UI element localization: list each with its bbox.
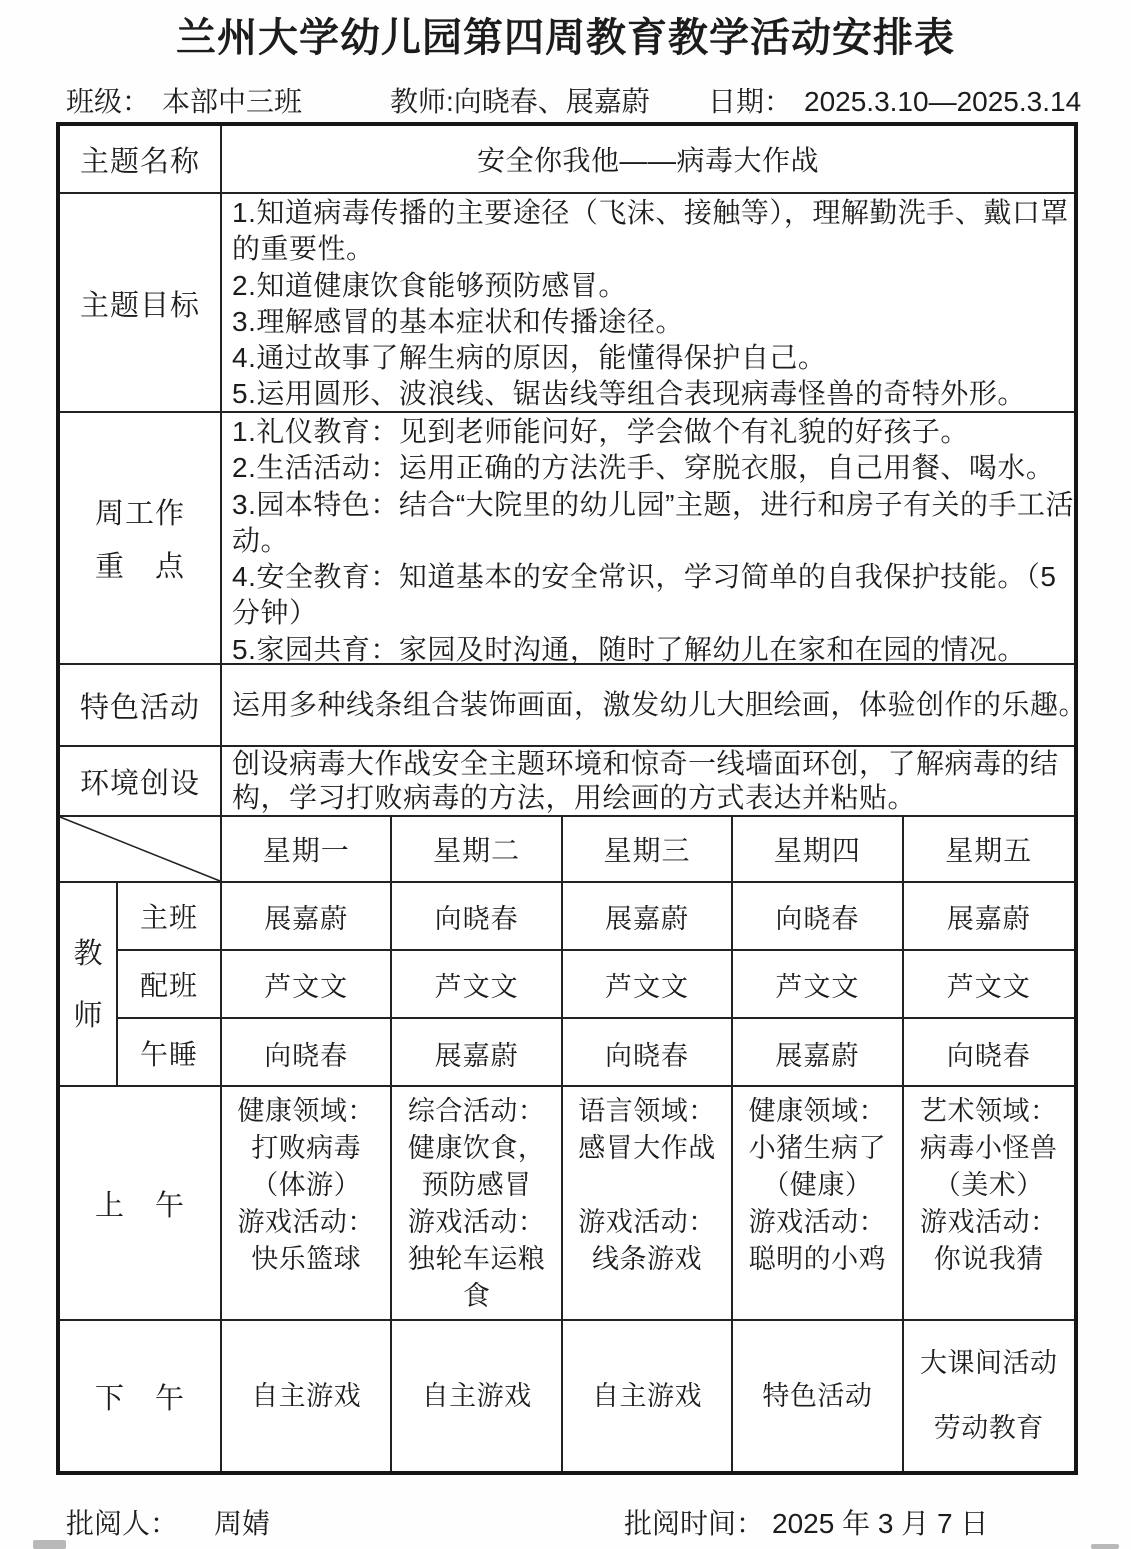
theme-name-label: 主题名称: [60, 126, 222, 192]
nap-teacher-wed: 向晓春: [563, 1019, 733, 1087]
theme-name-row: 主题名称 安全你我他——病毒大作战: [60, 126, 1074, 194]
teacher-field: 教师:向晓春、展嘉蔚: [390, 80, 650, 120]
nap-teacher-tue: 展嘉蔚: [392, 1019, 562, 1087]
afternoon-activity-thu: 特色活动: [733, 1321, 903, 1471]
morning-activity-mon: 健康领域：打败病毒（体游）游戏活动：快乐篮球: [222, 1087, 392, 1319]
lead-teacher-wed: 展嘉蔚: [563, 883, 733, 951]
theme-goals-row: 主题目标 1.知道病毒传播的主要途径（飞沫、接触等），理解勤洗手、戴口罩的重要性…: [60, 194, 1074, 413]
environment-row: 环境创设 创设病毒大作战安全主题环境和惊奇一线墙面环创，了解病毒的结构，学习打败…: [60, 747, 1074, 817]
environment-label: 环境创设: [60, 747, 222, 815]
class-value: 本部中三班: [162, 86, 302, 117]
morning-label: 上 午: [60, 1087, 222, 1319]
afternoon-row: 下 午 自主游戏 自主游戏 自主游戏 特色活动 大课间活动劳动教育: [60, 1321, 1074, 1471]
morning-activity-thu: 健康领域：小猪生病了（健康）游戏活动：聪明的小鸡: [733, 1087, 903, 1319]
class-field: 班级：本部中三班: [66, 80, 302, 120]
nap-teacher-mon: 向晓春: [222, 1019, 392, 1087]
morning-row: 上 午 健康领域：打败病毒（体游）游戏活动：快乐篮球 综合活动：健康饮食，预防感…: [60, 1087, 1074, 1321]
week-focus-text: 1.礼仪教育：见到老师能问好，学会做个有礼貌的好孩子。2.生活活动：运用正确的方…: [222, 413, 1074, 668]
day-header-monday: 星期一: [222, 817, 392, 881]
lead-teacher-label: 主班: [118, 883, 222, 951]
reviewer-label: 批阅人：: [66, 1508, 178, 1539]
document-page: 兰州大学幼儿园第四周教育教学活动安排表 班级：本部中三班 教师:向晓春、展嘉蔚 …: [0, 0, 1131, 1549]
nap-teacher-label: 午睡: [118, 1019, 222, 1087]
date-label: 日期：: [708, 86, 792, 117]
assistant-teacher-fri: 芦文文: [904, 951, 1074, 1019]
afternoon-activity-wed: 自主游戏: [563, 1321, 733, 1471]
teacher-value: 向晓春、展嘉蔚: [454, 86, 650, 117]
teachers-block: 教师 主班 展嘉蔚 向晓春 展嘉蔚 向晓春 展嘉蔚 配班 芦文文 芦文文 芦文文…: [60, 883, 1074, 1087]
scan-artifact-bottom-left: [33, 1540, 66, 1549]
date-value: 2025.3.10—2025.3.14: [804, 86, 1081, 117]
assistant-teacher-thu: 芦文文: [733, 951, 903, 1019]
afternoon-label: 下 午: [60, 1321, 222, 1471]
theme-goals-text: 1.知道病毒传播的主要途径（飞沫、接触等），理解勤洗手、戴口罩的重要性。2.知道…: [222, 194, 1074, 413]
schedule-table: 主题名称 安全你我他——病毒大作战 主题目标 1.知道病毒传播的主要途径（飞沫、…: [56, 122, 1078, 1475]
theme-goals-label: 主题目标: [60, 194, 222, 413]
theme-name-value: 安全你我他——病毒大作战: [222, 126, 1074, 192]
review-time-field: 批阅时间：2025 年 3 月 7 日: [624, 1502, 988, 1542]
day-header-friday: 星期五: [904, 817, 1074, 881]
teachers-group-label: 教师: [60, 883, 118, 1087]
afternoon-activity-fri: 大课间活动劳动教育: [904, 1321, 1074, 1471]
special-activity-row: 特色活动 运用多种线条组合装饰画面，激发幼儿大胆绘画，体验创作的乐趣。: [60, 665, 1074, 747]
review-time-label: 批阅时间：: [624, 1508, 764, 1539]
lead-teacher-thu: 向晓春: [733, 883, 903, 951]
lead-teacher-tue: 向晓春: [392, 883, 562, 951]
special-activity-text: 运用多种线条组合装饰画面，激发幼儿大胆绘画，体验创作的乐趣。: [222, 665, 1074, 745]
assistant-teacher-label: 配班: [118, 951, 222, 1019]
week-focus-row: 周工作重 点 1.礼仪教育：见到老师能问好，学会做个有礼貌的好孩子。2.生活活动…: [60, 413, 1074, 665]
morning-activity-fri: 艺术领域：病毒小怪兽（美术）游戏活动：你说我猜: [904, 1087, 1074, 1319]
review-time-value: 2025 年 3 月 7 日: [772, 1508, 988, 1539]
environment-text: 创设病毒大作战安全主题环境和惊奇一线墙面环创，了解病毒的结构，学习打败病毒的方法…: [222, 747, 1074, 815]
special-activity-label: 特色活动: [60, 665, 222, 745]
day-header-tuesday: 星期二: [392, 817, 562, 881]
day-header-wednesday: 星期三: [563, 817, 733, 881]
nap-teacher-thu: 展嘉蔚: [733, 1019, 903, 1087]
week-focus-label: 周工作重 点: [60, 413, 222, 668]
class-label: 班级：: [66, 86, 150, 117]
weekday-header-row: 星期一 星期二 星期三 星期四 星期五: [60, 817, 1074, 883]
diagonal-line: [60, 817, 220, 881]
morning-activity-wed: 语言领域：感冒大作战游戏活动：线条游戏: [563, 1087, 733, 1319]
lead-teacher-mon: 展嘉蔚: [222, 883, 392, 951]
assistant-teacher-tue: 芦文文: [392, 951, 562, 1019]
lead-teacher-fri: 展嘉蔚: [904, 883, 1074, 951]
assistant-teacher-mon: 芦文文: [222, 951, 392, 1019]
day-header-thursday: 星期四: [733, 817, 903, 881]
page-title: 兰州大学幼儿园第四周教育教学活动安排表: [0, 6, 1131, 63]
reviewer-field: 批阅人：周婧: [66, 1502, 270, 1542]
date-field: 日期：2025.3.10—2025.3.14: [708, 80, 1081, 120]
afternoon-activity-tue: 自主游戏: [392, 1321, 562, 1471]
afternoon-activity-mon: 自主游戏: [222, 1321, 392, 1471]
assistant-teacher-wed: 芦文文: [563, 951, 733, 1019]
reviewer-value: 周婧: [214, 1508, 270, 1539]
teacher-label: 教师:: [390, 86, 454, 117]
nap-teacher-fri: 向晓春: [904, 1019, 1074, 1087]
scan-artifact-bottom-right: [1091, 1544, 1119, 1549]
morning-activity-tue: 综合活动：健康饮食，预防感冒游戏活动：独轮车运粮食: [392, 1087, 562, 1319]
diagonal-header-cell: [60, 817, 222, 881]
